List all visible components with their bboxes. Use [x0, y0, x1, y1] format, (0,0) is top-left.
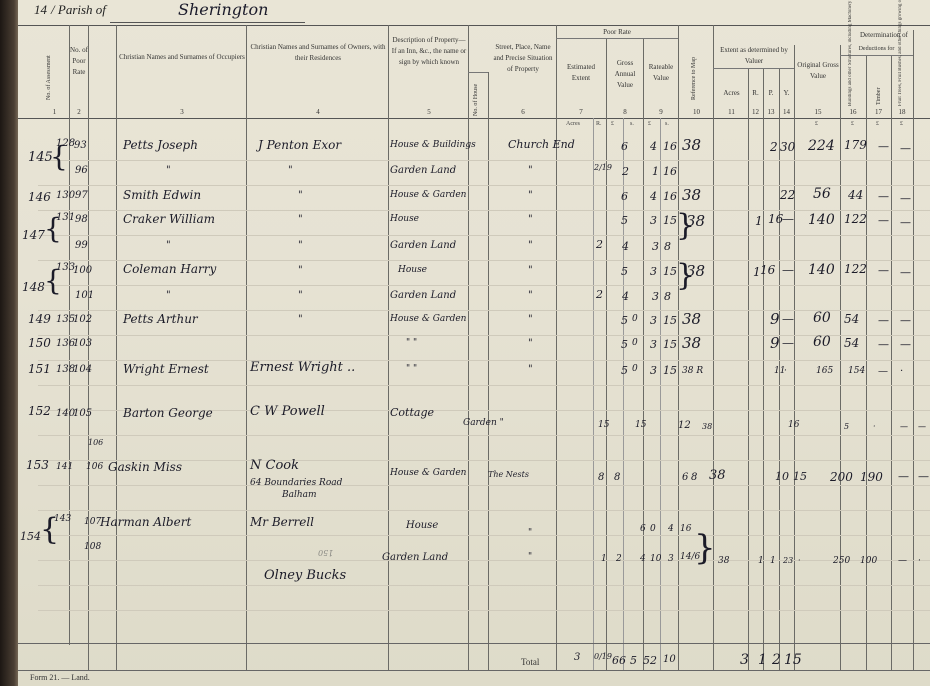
poor-rate-no: 97: [75, 190, 88, 201]
extent-y: —: [782, 312, 794, 326]
col-header-12: R.: [748, 88, 763, 99]
ruled-line: [38, 210, 930, 211]
extent-acres: 1: [758, 556, 764, 566]
col-header-8: Gross Annual Value: [608, 58, 642, 91]
extent-p: 16: [768, 212, 783, 226]
rateable-shillings: 8: [691, 472, 697, 483]
col-divider: [606, 38, 607, 670]
sub-assessment-no: 143: [54, 514, 71, 524]
col-num: 4: [248, 108, 388, 116]
house-rule: [468, 72, 488, 73]
col-header-3: Christian Names and Surnames of Occupier…: [118, 52, 246, 63]
extent-p: 22: [780, 188, 795, 202]
deduction-timber: —: [878, 214, 889, 227]
map-ref: 38: [682, 186, 701, 204]
ruled-line: [38, 310, 930, 311]
map-ref: 38: [682, 136, 701, 154]
rateable-pounds: 3: [650, 364, 657, 377]
owner-name: C W Powell: [250, 404, 325, 419]
gross-pounds: 4: [640, 554, 646, 564]
bottom-rule: [18, 670, 930, 671]
occupier-name: Wright Ernest: [123, 362, 209, 376]
assessment-no: 146: [28, 190, 51, 204]
deduction-timber: —: [878, 190, 889, 203]
col-header-10: Reference to Map: [691, 40, 697, 100]
assessment-no: 151: [28, 362, 51, 376]
col-header-16: Buildings and other Structures, includin…: [848, 58, 853, 106]
header-top-rule: [18, 25, 930, 26]
occupier-ditto: ": [166, 290, 171, 301]
book-binding: [0, 0, 20, 686]
poor-rate-no: 102: [73, 314, 92, 325]
total-rateable-shillings: 10: [663, 654, 676, 665]
unit-pound: £: [648, 121, 651, 127]
deduction-timber: —: [898, 556, 907, 566]
col-num: 1: [40, 108, 69, 116]
gross-shillings: 0: [632, 338, 638, 348]
rateable-pounds: 3: [650, 338, 657, 351]
deduction-timber: —: [900, 422, 908, 431]
col-num: 2: [70, 108, 88, 116]
deduction-buildings: 122: [844, 262, 867, 276]
gross-pounds: 5: [621, 338, 628, 351]
poor-rate-no: 103: [73, 338, 92, 349]
col-divider: [840, 45, 841, 670]
map-ref: 38: [686, 212, 705, 230]
deduction-timber: —: [878, 140, 889, 153]
col-header-7: Estimated Extent: [558, 62, 604, 84]
property-description: House & Buildings: [390, 140, 476, 150]
deduction-buildings: ·: [873, 422, 876, 431]
col-header-house: No. of House: [473, 78, 479, 116]
gross-shillings: 0: [632, 314, 638, 324]
poor-rate-rule: [556, 38, 678, 39]
col-header-6: Street, Place, Name and Precise Situatio…: [490, 42, 556, 75]
col-divider: [556, 25, 557, 670]
ruled-line: [38, 385, 930, 386]
street-ditto: ": [528, 364, 533, 375]
rateable-shillings: 16: [680, 524, 691, 534]
col-num: 3: [118, 108, 246, 116]
page-title: 14/ Parish of: [34, 2, 106, 18]
gross-pounds: 6: [640, 524, 646, 534]
extent-r: 1: [770, 556, 776, 566]
extent-header: Extent as determined by Valuer: [715, 45, 793, 67]
poor-rate-no: 99: [75, 240, 88, 251]
street-ditto: ": [528, 190, 533, 201]
rateable-pounds: 3: [652, 240, 659, 253]
rateable-pounds: 6: [682, 472, 688, 483]
gross-pounds: 2: [622, 165, 629, 178]
owner-ditto: ": [298, 190, 303, 201]
ruled-line: [38, 510, 930, 511]
rateable-pounds: 4: [650, 140, 657, 153]
page-number: 14: [34, 2, 47, 17]
col-divider: [643, 38, 644, 670]
col-num: 14: [779, 108, 794, 116]
extent-p: 30: [780, 140, 795, 154]
deduction-timber: —: [878, 366, 888, 377]
map-ref: 38: [718, 556, 729, 566]
col-divider: [913, 30, 914, 670]
property-description: Garden Land: [390, 165, 456, 176]
col-header-18: Fruit Trees, Fruit Bushes, and other thi…: [898, 58, 903, 106]
col-divider: [468, 25, 469, 670]
sub-assessment-no: 131: [56, 212, 75, 223]
parish-name: Sherington: [178, 0, 268, 19]
gross-pounds: 5: [621, 214, 628, 227]
col-header-2: No. of Poor Rate: [70, 45, 88, 78]
rateable-shillings: 8: [664, 240, 671, 253]
assessment-no: 148: [22, 280, 45, 294]
rateable-shillings: 16: [663, 165, 677, 178]
property-description: House & Garden: [390, 314, 466, 324]
street-ditto: ": [528, 265, 533, 276]
deduction-buildings: 122: [844, 212, 867, 226]
street-ditto: ": [528, 290, 533, 301]
owner-name: Ernest Wright ..: [250, 360, 355, 375]
rateable-pounds: 3: [650, 314, 657, 327]
extent-p: 16: [788, 420, 799, 430]
ruled-line: [38, 435, 930, 436]
owner-name: J Penton Exor: [258, 138, 341, 152]
ruled-line: [38, 160, 930, 161]
col-num: 12: [748, 108, 763, 116]
extent-p: 9: [770, 334, 780, 352]
total-gross-shillings: 5: [630, 654, 637, 667]
occupier-ditto: ": [166, 165, 171, 176]
col-header-1: No. of Assessment: [46, 40, 52, 100]
rateable-pounds: 3: [650, 214, 657, 227]
owner-ditto: ": [298, 290, 303, 301]
extent-p: 16: [760, 263, 775, 277]
deduction-timber: —: [898, 470, 909, 483]
extent-y: 15: [793, 470, 807, 483]
extent-r: 2: [770, 140, 778, 154]
faded-stamp: 150: [318, 548, 333, 557]
rateable-pounds: 3: [668, 554, 674, 564]
rateable-shillings: 15: [663, 314, 677, 327]
map-ref: 38 R: [682, 366, 703, 376]
col-num: 8: [608, 108, 642, 116]
col-divider: [794, 45, 795, 670]
col-divider: [713, 25, 714, 670]
property-description: Garden Land: [382, 552, 448, 563]
street-ditto: ": [528, 314, 533, 325]
poor-rate-no: 104: [73, 364, 92, 375]
rateable-shillings: 16: [663, 190, 677, 203]
extent-p: 10: [775, 470, 789, 483]
poor-rate-no: 98: [75, 214, 88, 225]
owner-ditto: ": [298, 314, 303, 325]
rateable-shillings: 15: [663, 265, 677, 278]
col-divider: [116, 25, 117, 670]
col-divider: [678, 25, 679, 670]
original-gross: 250: [833, 556, 850, 566]
deduction-fruit: —: [918, 470, 929, 483]
estimated-r: 8: [598, 472, 604, 483]
assessment-no: 149: [28, 312, 51, 326]
ruled-line: [38, 485, 930, 486]
deduction-fruit: —: [900, 192, 911, 205]
owner-name: Mr Berrell: [250, 515, 314, 529]
assessment-no: 153: [26, 458, 49, 472]
total-estimated-acres: 3: [574, 652, 580, 663]
owner-address-line-1: 64 Boundaries Road: [250, 478, 342, 488]
rateable-shillings: 16: [663, 140, 677, 153]
extent-r: 1: [755, 214, 763, 228]
col-header-11: Acres: [715, 88, 748, 99]
original-gross: 140: [808, 212, 835, 228]
occupier-ditto: ": [166, 240, 171, 251]
poor-rate-no: 101: [75, 290, 94, 301]
street: Garden ": [463, 418, 504, 428]
col-num: 10: [680, 108, 713, 116]
property-description: House: [390, 214, 419, 224]
extent-y: ·: [798, 556, 801, 565]
deduction-timber: —: [878, 264, 889, 277]
rateable-shillings: 8: [664, 290, 671, 303]
original-gross: 165: [816, 366, 833, 376]
total-extent-r: 1: [758, 652, 767, 668]
gross-pounds: 15: [635, 420, 646, 430]
poor-rate-header: Poor Rate: [556, 27, 678, 38]
property-description: House & Garden: [390, 468, 466, 478]
total-rateable-pounds: 52: [643, 654, 657, 667]
ruled-line: [38, 285, 930, 286]
total-extent-p: 2: [772, 652, 781, 668]
property-description: Cottage: [390, 406, 434, 419]
sub-assessment-no: 130: [56, 190, 75, 201]
parish-label: Parish of: [58, 2, 106, 17]
sub-assessment-no: 128: [56, 138, 75, 149]
map-ref: 38: [682, 310, 701, 328]
col-num: 5: [390, 108, 468, 116]
property-description: House: [398, 265, 427, 275]
rateable-shillings: 15: [663, 338, 677, 351]
owner-name: N Cook: [250, 458, 299, 473]
col-divider: [891, 55, 892, 670]
estimated-r: 2: [596, 238, 603, 251]
unit-pound: £: [611, 121, 614, 127]
col-header-4: Christian Names and Surnames of Owners, …: [250, 42, 386, 64]
street-ditto: ": [528, 214, 533, 225]
total-extent-acres: 3: [740, 652, 749, 668]
occupier-name: Coleman Harry: [123, 262, 216, 276]
poor-rate-no: 100: [73, 265, 92, 276]
estimated-acres: 1: [601, 554, 607, 564]
owner-ditto: ": [298, 214, 303, 225]
unit-r: R.: [596, 121, 602, 127]
gross-pounds: 5: [621, 265, 628, 278]
gross-shillings: 0: [650, 524, 656, 534]
deduction-fruit: ·: [918, 556, 921, 566]
gross-shillings: 10: [650, 554, 661, 564]
sub-assessment-no: 141: [56, 462, 73, 472]
deduction-fruit: —: [900, 338, 911, 351]
map-ref: 38: [702, 422, 712, 431]
property-description: " ": [406, 364, 417, 374]
total-estimated-r: 0/19: [594, 652, 612, 661]
gross-pounds: 6: [621, 140, 628, 153]
street-ditto: ": [528, 165, 533, 176]
unit-pound: £: [815, 121, 818, 127]
ruled-line: [38, 560, 930, 561]
col-num: 15: [796, 108, 840, 116]
estimated-r: 2/19: [594, 163, 612, 172]
owner-residence: Olney Bucks: [264, 568, 346, 583]
gross-pounds: 8: [614, 472, 620, 483]
extent-y: —: [782, 336, 794, 350]
col-num: 6: [490, 108, 556, 116]
original-gross: 60: [813, 334, 831, 350]
ruled-line: [38, 335, 930, 336]
parish-underline: [110, 22, 305, 23]
col-num: 18: [891, 108, 913, 116]
unit-acres: Acres: [566, 121, 580, 127]
unit-pound: £: [900, 121, 903, 127]
col-header-5: Description of Property— If an Inn, &c.,…: [390, 35, 468, 68]
deduction-fruit: —: [918, 422, 926, 431]
unit-pound: £: [876, 121, 879, 127]
col-num: 13: [763, 108, 779, 116]
map-ref: 38: [709, 468, 726, 483]
gross-pounds: 4: [622, 240, 629, 253]
street-ditto: ": [528, 528, 532, 538]
poor-rate-no: 93: [74, 140, 87, 151]
rateable-shillings: 15: [663, 364, 677, 377]
original-gross: 5: [844, 422, 849, 431]
owner-address-line-2: Balham: [282, 490, 317, 500]
col-header-14: Y.: [779, 88, 794, 99]
total-label: Total: [521, 657, 539, 667]
gross-pounds: 5: [621, 364, 628, 377]
assessment-no: 152: [28, 404, 51, 418]
original-gross: 140: [808, 262, 835, 278]
col-num: 9: [645, 108, 677, 116]
street-ditto: ": [528, 240, 533, 251]
poor-rate-no: 106: [88, 438, 103, 447]
deduction-fruit: —: [900, 142, 911, 155]
extent-y: ·: [784, 366, 787, 376]
map-ref: 38: [682, 334, 701, 352]
col-divider: [388, 25, 389, 670]
deduction-buildings: 179: [844, 138, 867, 152]
assessment-no: 154: [20, 530, 41, 543]
ruled-line: [38, 535, 930, 536]
gross-pounds: 4: [622, 290, 629, 303]
rateable-pounds: 3: [652, 290, 659, 303]
occupier-name: Harman Albert: [100, 515, 191, 529]
deduction-timber: —: [878, 338, 889, 351]
form-footer: Form 21. — Land.: [30, 673, 90, 682]
assessment-no: 147: [22, 228, 45, 242]
gross-pounds: 6: [621, 190, 628, 203]
extent-p: 23: [783, 556, 793, 565]
deduction-buildings: 54: [844, 312, 859, 326]
extent-p: 9: [770, 310, 780, 328]
rateable-pounds: 3: [650, 265, 657, 278]
poor-rate-no: 106: [86, 462, 103, 472]
occupier-name: Craker William: [123, 212, 215, 226]
total-gross-pounds: 66: [612, 654, 626, 667]
occupier-name: Smith Edwin: [123, 188, 201, 202]
deduction-timber: —: [878, 314, 889, 327]
original-gross: 60: [813, 310, 831, 326]
rateable-pounds: 12: [678, 420, 691, 431]
gross-pounds: 5: [621, 314, 628, 327]
col-header-13: P.: [763, 88, 779, 99]
original-gross: 200: [830, 470, 853, 484]
deduction-fruit: ·: [900, 366, 903, 377]
poor-rate-no: 96: [75, 165, 88, 176]
ruled-line: [38, 585, 930, 586]
brace: }: [694, 528, 716, 568]
unit-shilling: s.: [665, 121, 669, 127]
col-header-15: Original Gross Value: [796, 60, 840, 82]
deduction-buildings: 190: [860, 470, 883, 484]
property-description: House & Garden: [390, 190, 466, 200]
rateable-pounds: 4: [668, 524, 674, 534]
col-divider: [763, 68, 764, 670]
poor-rate-no: 107: [84, 517, 101, 527]
col-num: 11: [715, 108, 748, 116]
col-divider: [660, 118, 661, 670]
col-divider: [246, 25, 247, 670]
street: Church End: [508, 138, 575, 151]
poor-rate-no: 108: [84, 542, 101, 552]
estimated-r: 2: [596, 288, 603, 301]
street-ditto: ": [528, 552, 532, 562]
street-ditto: ": [528, 338, 533, 349]
property-description: House: [406, 520, 438, 531]
col-num: 16: [840, 108, 866, 116]
rateable-pounds: 1: [652, 165, 659, 178]
deduction-fruit: —: [900, 266, 911, 279]
extent-y: —: [782, 263, 794, 277]
estimated-r: 15: [598, 420, 609, 430]
deduction-buildings: 154: [848, 366, 865, 376]
deduction-buildings: 44: [848, 188, 863, 202]
ledger-page: 14/ Parish of Sherington No. of Assessme…: [18, 0, 930, 686]
property-description: " ": [406, 338, 417, 348]
gross-shillings: 0: [632, 364, 638, 374]
property-description: Garden Land: [390, 240, 456, 251]
original-gross: 56: [813, 186, 831, 202]
rateable-pounds: 4: [650, 190, 657, 203]
extent-rule: [713, 68, 794, 69]
unit-pound: £: [851, 121, 854, 127]
col-header-17: Timber: [876, 80, 882, 105]
property-description: Garden Land: [390, 290, 456, 301]
deduction-buildings: 54: [844, 336, 859, 350]
ruled-line: [38, 260, 930, 261]
poor-rate-no: 105: [73, 408, 92, 419]
col-divider: [593, 118, 594, 670]
col-divider: [488, 72, 489, 670]
original-gross: 224: [808, 138, 835, 154]
occupier-name: Barton George: [123, 406, 213, 420]
deduction-fruit: —: [900, 216, 911, 229]
total-rule: [18, 643, 930, 644]
occupier-name: Petts Arthur: [123, 312, 198, 326]
col-divider: [748, 68, 749, 670]
total-extent-y: 15: [784, 652, 802, 668]
ruled-line: [38, 235, 930, 236]
rateable-shillings: 14/6: [680, 552, 700, 562]
owner-ditto: ": [298, 265, 303, 276]
col-num: 17: [866, 108, 891, 116]
